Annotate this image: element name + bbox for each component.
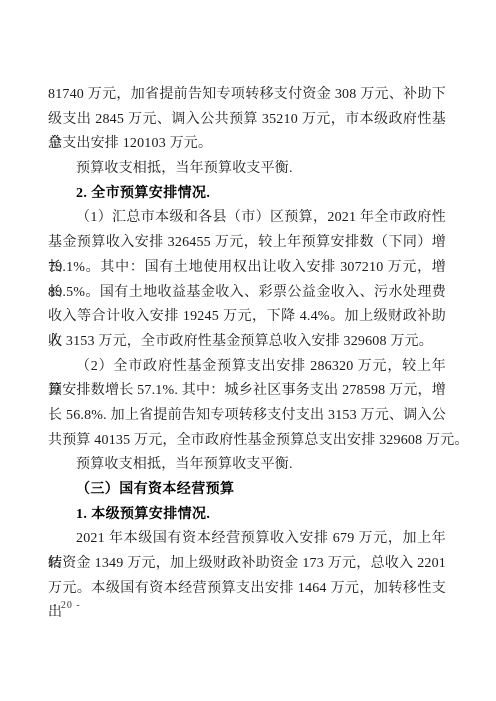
text-line: （1）汇总市本级和各县（市）区预算，2021 年全市政府性: [48, 206, 446, 231]
text-line: 基金预算收入安排 326455 万元，较上年预算安排数（下同）增长: [48, 231, 446, 256]
section-heading-line: （三）国有资本经营预算: [48, 478, 446, 503]
page-number: - 20 -: [53, 599, 81, 613]
text-block: 81740 万元，加省提前告知专项转移支付资金 308 万元、补助下 级支出 2…: [48, 83, 446, 601]
text-line: 总支出安排 120103 万元。: [48, 132, 446, 157]
text-line: 81740 万元，加省提前告知专项转移支付资金 308 万元、补助下: [48, 83, 446, 108]
text-line: 79.1%。其中：国有土地使用权出让收入安排 307210 万元，增长: [48, 256, 446, 281]
text-line: 万元。本级国有资本经营预算支出安排 1464 万元，加转移性支出: [48, 577, 446, 602]
text-line: 转资金 1349 万元，加上级财政补助资金 173 万元，总收入 2201: [48, 552, 446, 577]
section-heading-line: 1. 本级预算安排情况.: [48, 503, 446, 528]
text-line: 算安排数增长 57.1%. 其中：城乡社区事务支出 278598 万元，增: [48, 379, 446, 404]
text-line: 收入等合计收入安排 19245 万元，下降 4.4%。加上级财政补助收: [48, 305, 446, 330]
text-line: 预算收支相抵，当年预算收支平衡.: [48, 157, 446, 182]
text-line: 长 56.8%. 加上省提前告知专项转移支付支出 3153 万元、调入公: [48, 404, 446, 429]
text-line: 89.5%。国有土地收益基金收入、彩票公益金收入、污水处理费: [48, 281, 446, 306]
text-line: 2021 年本级国有资本经营预算收入安排 679 万元，加上年结: [48, 527, 446, 552]
text-line: 共预算 40135 万元，全市政府性基金预算总支出安排 329608 万元。: [48, 429, 446, 454]
text-line: 级支出 2845 万元、调入公共预算 35210 万元，市本级政府性基金: [48, 108, 446, 133]
text-line: 入 3153 万元，全市政府性基金预算总收入安排 329608 万元。: [48, 330, 446, 355]
text-line: （2）全市政府性基金预算支出安排 286320 万元，较上年预: [48, 355, 446, 380]
text-line: 预算收支相抵，当年预算收支平衡.: [48, 453, 446, 478]
document-page: 81740 万元，加省提前告知专项转移支付资金 308 万元、补助下 级支出 2…: [0, 0, 496, 701]
section-heading-line: 2. 全市预算安排情况.: [48, 182, 446, 207]
